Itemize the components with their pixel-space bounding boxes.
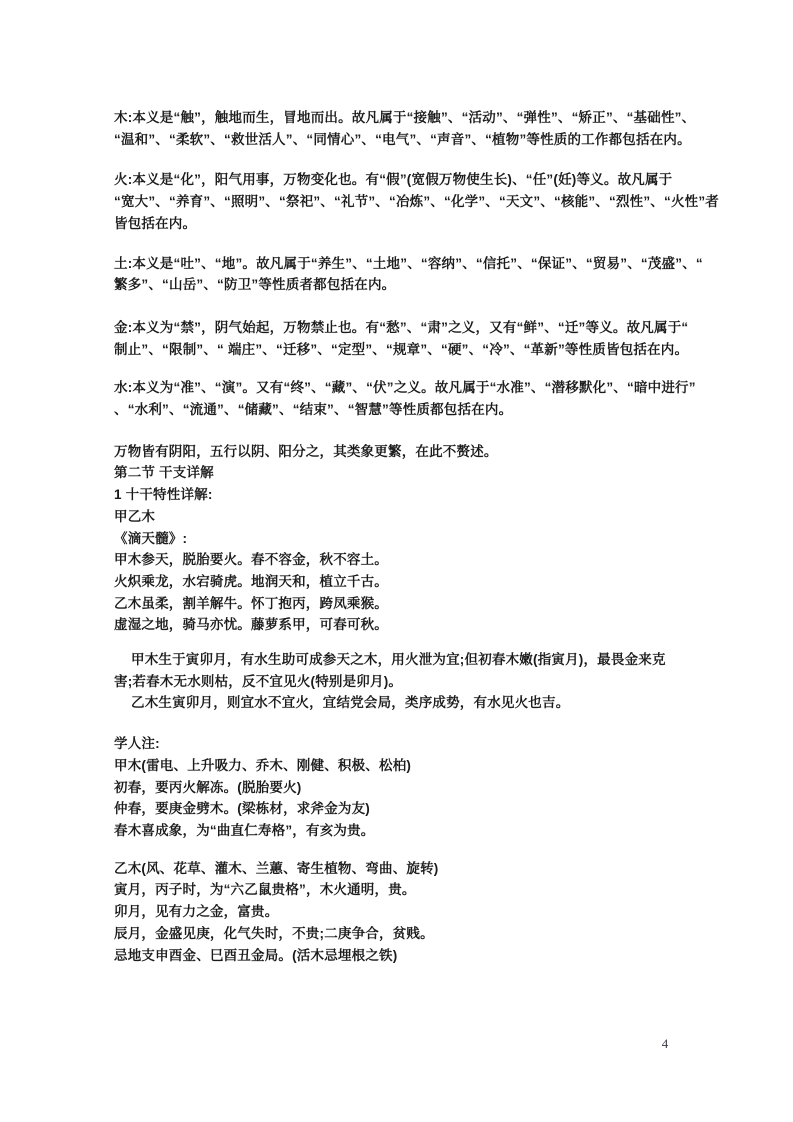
yimu-spring-paragraph: 乙木生寅卯月，则宜水不宜火，宜结党会局，类序成势，有水见火也吉。 [114,692,688,714]
text-line: 学人注: [114,733,688,755]
xueren-note-heading: 学人注: [114,733,688,755]
verse-line-4: 虚湿之地，骑马亦忧。藤萝系甲，可春可秋。 [114,614,688,636]
jiamu-spring-paragraph: 甲木生于寅卯月，有水生助可成参天之木，用火泄为宜;但初春木嫩(指寅月)，最畏金来… [114,649,688,692]
text-line: 卯月，见有力之金，富贵。 [114,901,688,923]
text-line: 制止”、“限制”、“ 端庄”、“迁移”、“定型”、“规章”、“硬”、“冷”、“革… [114,339,688,361]
text-line: 水:本义为“准”、“演”。又有“终”、“藏”、“伏”之义。故凡属于“水准”、“潜… [114,377,688,399]
text-line: 金:本义为“禁”，阴气始起，万物禁止也。有“愁”、“肃”之义，又有“鲜”、“迁”… [114,317,688,339]
wuxing-water-paragraph: 水:本义为“准”、“演”。又有“终”、“藏”、“伏”之义。故凡属于“水准”、“潜… [114,377,688,420]
text-line: 初春，要丙火解冻。(脱胎要火) [114,777,688,799]
text-line: 寅月，丙子时，为“六乙鼠贵格”，木火通明，贵。 [114,879,688,901]
wuxing-earth-paragraph: 土:本义是“吐”、“地”。故凡属于“养生”、“土地”、“容纳”、“信托”、“保证… [114,253,688,296]
text-line: 虚湿之地，骑马亦忧。藤萝系甲，可春可秋。 [114,614,688,636]
jiayimu-heading: 甲乙木 [114,506,688,528]
text-line: 、“水利”、“流通”、“储藏”、“结束”、“智慧”等性质都包括在内。 [114,399,688,421]
verse-line-1: 甲木参天，脱胎要火。春不容金，秋不容土。 [114,549,688,571]
text-line: 火:本义是“化”，阳气用事，万物变化也。有“假”(宽假万物使生长)、“任”(妊)… [114,169,688,191]
text-line: 乙木(风、花草、灌木、兰蕙、寄生植物、弯曲、旋转) [114,858,688,880]
ditiansui-heading: 《滴天髓》: [114,528,688,550]
text-line: 《滴天髓》: [114,528,688,550]
text-line: 甲木(雷电、上升吸力、乔木、刚健、积极、松柏) [114,755,688,777]
text-line: 木:本义是“触”，触地而生，冒地而出。故凡属于“接触”、“活动”、“弹性”、“矫… [114,107,688,129]
wuxing-fire-paragraph: 火:本义是“化”，阳气用事，万物变化也。有“假”(宽假万物使生长)、“任”(妊)… [114,169,688,234]
text-line: 第二节 干支详解 [114,462,688,484]
text-line: 万物皆有阴阳，五行以阴、阳分之，其类象更繁，在此不赘述。 [114,441,688,463]
text-line: 害;若春木无水则枯，反不宜见火(特别是卯月)。 [114,671,688,693]
yimu-note-line-4: 辰月，金盛见庚，化气失时，不贵;二庚争合，贫贱。 [114,923,688,945]
yimu-note-line-2: 寅月，丙子时，为“六乙鼠贵格”，木火通明，贵。 [114,879,688,901]
text-line: 皆包括在内。 [114,213,688,235]
text-line: 乙木生寅卯月，则宜水不宜火，宜结党会局，类序成势，有水见火也吉。 [114,692,688,714]
text-line: 甲木参天，脱胎要火。春不容金，秋不容土。 [114,549,688,571]
text-line: 春木喜成象，为“曲直仁寿格”，有亥为贵。 [114,820,688,842]
yimu-note-line-3: 卯月，见有力之金，富贵。 [114,901,688,923]
jiamu-note-line-1: 甲木(雷电、上升吸力、乔木、刚健、积极、松柏) [114,755,688,777]
text-line: 辰月，金盛见庚，化气失时，不贵;二庚争合，贫贱。 [114,923,688,945]
verse-line-3: 乙木虽柔，割羊解牛。怀丁抱丙，跨凤乘猴。 [114,593,688,615]
text-line: 甲乙木 [114,506,688,528]
text-line: 火炽乘龙，水宕骑虎。地润天和，植立千古。 [114,571,688,593]
text-line: 甲木生于寅卯月，有水生助可成参天之木，用火泄为宜;但初春木嫩(指寅月)，最畏金来… [114,649,688,671]
text-line: 土:本义是“吐”、“地”。故凡属于“养生”、“土地”、“容纳”、“信托”、“保证… [114,253,688,275]
jiamu-note-line-4: 春木喜成象，为“曲直仁寿格”，有亥为贵。 [114,820,688,842]
text-line: 繁多”、“山岳”、“防卫”等性质者都包括在内。 [114,274,688,296]
text-line: “宽大”、“养育”、“照明”、“祭祀”、“礼节”、“冶炼”、“化学”、“天文”、… [114,191,688,213]
jiamu-note-line-3: 仲春，要庚金劈木。(梁栋材，求斧金为友) [114,798,688,820]
yimu-note-line-1: 乙木(风、花草、灌木、兰蕙、寄生植物、弯曲、旋转) [114,858,688,880]
wuxing-wood-paragraph: 木:本义是“触”，触地而生，冒地而出。故凡属于“接触”、“活动”、“弹性”、“矫… [114,107,688,150]
jiamu-note-line-2: 初春，要丙火解冻。(脱胎要火) [114,777,688,799]
section-heading: 第二节 干支详解 [114,462,688,484]
subsection-heading: 1 十干特性详解: [114,484,688,506]
document-page: 木:本义是“触”，触地而生，冒地而出。故凡属于“接触”、“活动”、“弹性”、“矫… [0,0,793,1122]
text-line: 仲春，要庚金劈木。(梁栋材，求斧金为友) [114,798,688,820]
wuxing-metal-paragraph: 金:本义为“禁”，阴气始起，万物禁止也。有“愁”、“肃”之义，又有“鲜”、“迁”… [114,317,688,360]
text-line: 忌地支申酉金、巳酉丑金局。(活木忌埋根之铁) [114,945,688,967]
document-body: 木:本义是“触”，触地而生，冒地而出。故凡属于“接触”、“活动”、“弹性”、“矫… [114,107,688,966]
text-line: “温和”、“柔软”、“救世活人”、“同情心”、“电气”、“声音”、“植物”等性质… [114,129,688,151]
text-line: 1 十干特性详解: [114,484,688,506]
yinyang-summary-line: 万物皆有阴阳，五行以阴、阳分之，其类象更繁，在此不赘述。 [114,441,688,463]
text-line: 乙木虽柔，割羊解牛。怀丁抱丙，跨凤乘猴。 [114,593,688,615]
verse-line-2: 火炽乘龙，水宕骑虎。地润天和，植立千古。 [114,571,688,593]
page-number: 4 [653,1036,677,1052]
yimu-note-line-5: 忌地支申酉金、巳酉丑金局。(活木忌埋根之铁) [114,945,688,967]
